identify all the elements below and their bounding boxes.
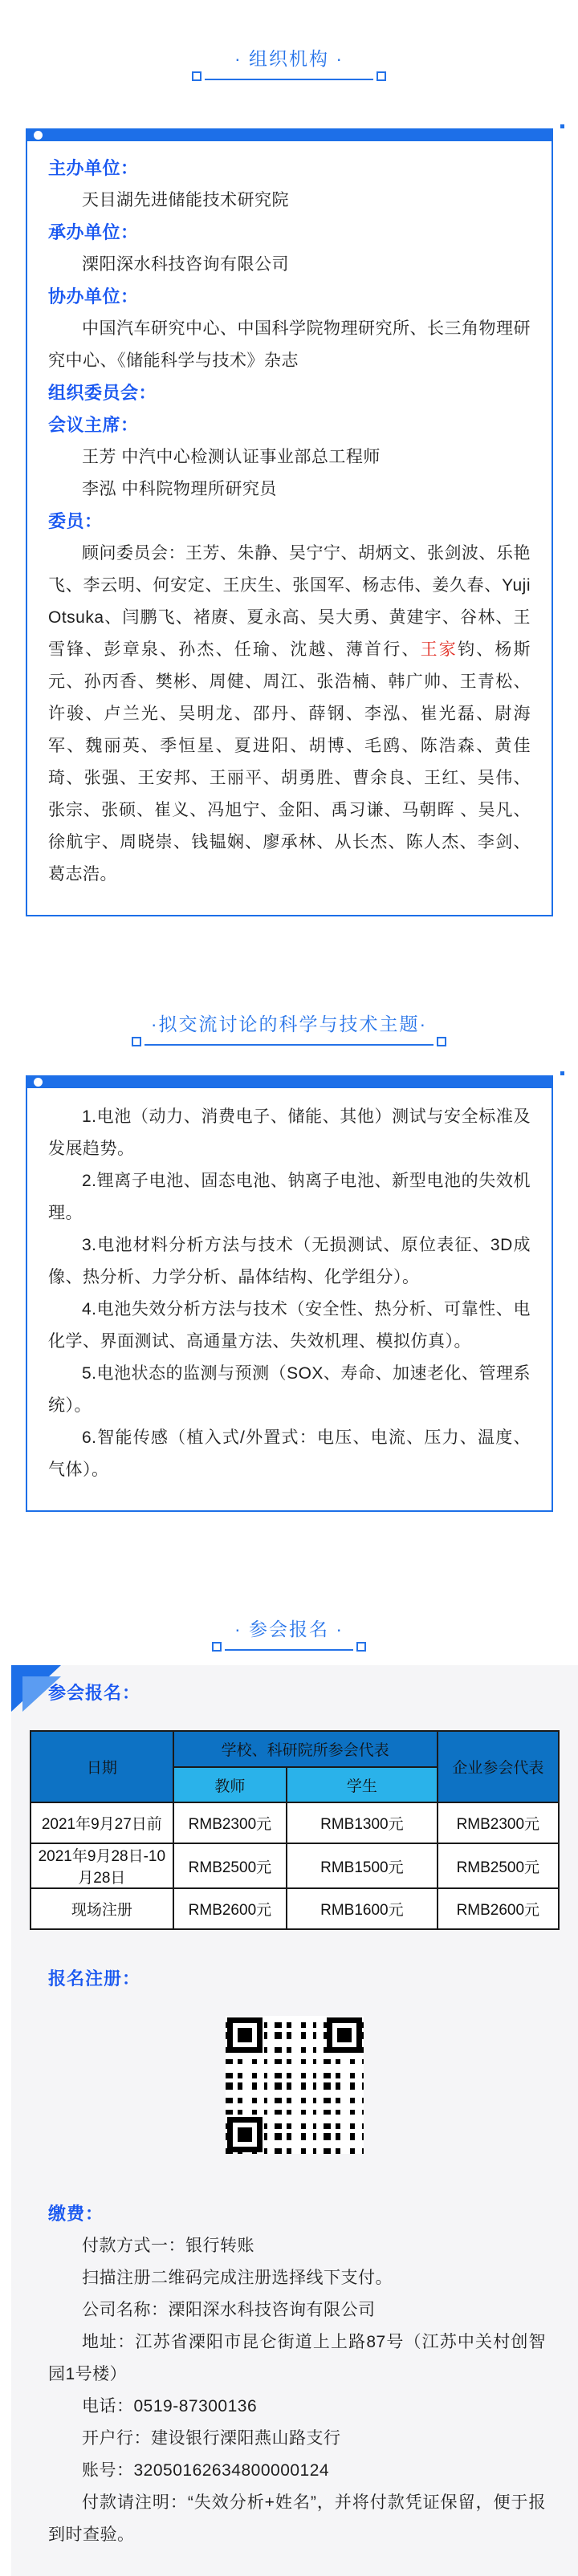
- chair-label: 会议主席：: [48, 409, 531, 441]
- payment-line: 扫描注册二维码完成注册选择线下支付。: [48, 2262, 546, 2294]
- col-header-student: 学生: [287, 1767, 438, 1802]
- table-row: 2021年9月28日-10月28日 RMB2500元 RMB1500元 RMB2…: [31, 1843, 559, 1888]
- card-top-bar: [26, 129, 552, 141]
- topic-item: 4.电池失效分析方法与技术（安全性、热分析、可靠性、电化学、界面测试、高通量方法…: [48, 1294, 531, 1358]
- payment-info-block: 付款方式一：银行转账 扫描注册二维码完成注册选择线下支付。 公司名称：溧阳深水科…: [11, 2230, 578, 2551]
- organization-card: 主办单位： 天目湖先进储能技术研究院 承办单位： 溧阳深水科技咨询有限公司 协办…: [26, 128, 553, 916]
- cell-teacher-price: RMB2500元: [173, 1843, 287, 1888]
- organization-card-body: 主办单位： 天目湖先进储能技术研究院 承办单位： 溧阳深水科技咨询有限公司 协办…: [27, 141, 552, 915]
- payment-line: 电话：0519-87300136: [48, 2391, 546, 2423]
- cell-date: 现场注册: [31, 1888, 173, 1929]
- article-page: · 组织机构 · 主办单位： 天目湖先进储能技术研究院 承办单位： 溧阳深水科技…: [0, 0, 578, 2576]
- members-label: 委员：: [48, 506, 531, 538]
- chair-line: 李泓 中科院物理所研究员: [48, 473, 531, 506]
- topic-item: 5.电池状态的监测与预测（SOX、寿命、加速老化、管理系统）。: [48, 1358, 531, 1422]
- topic-item: 2.锂离子电池、固态电池、钠离子电池、新型电池的失效机理。: [48, 1165, 531, 1229]
- section-header-registration: · 参会报名 ·: [0, 1615, 578, 1651]
- payment-label: 缴费：: [11, 2200, 578, 2225]
- host-value: 天目湖先进储能技术研究院: [48, 185, 531, 217]
- table-row: 2021年9月27日前 RMB2300元 RMB1300元 RMB2300元: [31, 1802, 559, 1843]
- host-label: 主办单位：: [48, 152, 531, 185]
- organizer-value: 溧阳深水科技咨询有限公司: [48, 249, 531, 281]
- section-title: · 参会报名 ·: [0, 1615, 578, 1641]
- qr-finder-pattern: [227, 2117, 263, 2152]
- co-organizer-value: 中国汽车研究中心、中国科学院物理研究所、长三角物理研究中心、《储能科学与技术》杂…: [48, 313, 531, 377]
- cell-enterprise-price: RMB2300元: [438, 1802, 559, 1843]
- committee-label: 组织委员会：: [48, 377, 531, 409]
- qr-finder-pattern: [327, 2017, 362, 2053]
- topic-item: 6.智能传感（植入式/外置式：电压、电流、压力、温度、气体）。: [48, 1422, 531, 1486]
- section-header-organization: · 组织机构 ·: [0, 44, 578, 80]
- register-label: 报名注册：: [11, 1965, 578, 1990]
- chair-line: 王芳 中汽中心检测认证事业部总工程师: [48, 441, 531, 473]
- topics-card: 1.电池（动力、消费电子、储能、其他）测试与安全标准及发展趋势。 2.锂离子电池…: [26, 1075, 553, 1512]
- co-organizer-label: 协办单位：: [48, 281, 531, 313]
- members-paragraph: 顾问委员会：王芳、朱静、吴宁宁、胡炳文、张剑波、乐艳飞、李云明、何安定、王庆生、…: [48, 538, 531, 891]
- qr-finder-pattern: [227, 2017, 263, 2053]
- table-row: 现场注册 RMB2600元 RMB1600元 RMB2600元: [31, 1888, 559, 1929]
- signup-label: 参会报名：: [11, 1665, 578, 1704]
- section-underline-ornament: [205, 79, 373, 80]
- corner-dot-decoration: [560, 1071, 564, 1075]
- cell-student-price: RMB1500元: [287, 1843, 438, 1888]
- cell-teacher-price: RMB2600元: [173, 1888, 287, 1929]
- cell-student-price: RMB1300元: [287, 1802, 438, 1843]
- registration-qr-code: [226, 2016, 364, 2154]
- topic-item: 1.电池（动力、消费电子、储能、其他）测试与安全标准及发展趋势。: [48, 1101, 531, 1165]
- payment-line: 付款方式一：银行转账: [48, 2230, 546, 2262]
- section-title: ·拟交流讨论的科学与技术主题·: [0, 1010, 578, 1036]
- topic-item: 3.电池材料分析方法与技术（无损测试、原位表征、3D成像、热分析、力学分析、晶体…: [48, 1229, 531, 1294]
- bar-circle-decoration: [34, 1078, 43, 1087]
- cell-student-price: RMB1600元: [287, 1888, 438, 1929]
- payment-line: 开户行：建设银行溧阳燕山路支行: [48, 2423, 546, 2455]
- bar-circle-decoration: [34, 131, 43, 140]
- cell-date: 2021年9月27日前: [31, 1802, 173, 1843]
- members-text: 钧、杨斯元、孙丙香、樊彬、周健、周江、张浩楠、韩广帅、王青松、许骏、卢兰光、吴明…: [48, 640, 531, 884]
- section-header-topics: ·拟交流讨论的科学与技术主题·: [0, 1010, 578, 1046]
- registration-card: 参会报名： 日期 学校、科研院所参会代表 企业参会代表 教师 学生 2021年9…: [11, 1665, 578, 2576]
- cell-date: 2021年9月28日-10月28日: [31, 1843, 173, 1888]
- col-header-date: 日期: [31, 1731, 173, 1802]
- cell-enterprise-price: RMB2600元: [438, 1888, 559, 1929]
- payment-line: 付款请注明：“失效分析+姓名”，并将付款凭证保留，便于报到时查验。: [48, 2487, 546, 2551]
- payment-line: 公司名称：溧阳深水科技咨询有限公司: [48, 2294, 546, 2326]
- cell-enterprise-price: RMB2500元: [438, 1843, 559, 1888]
- card-top-bar: [26, 1076, 552, 1088]
- payment-line: 账号：32050162634800000124: [48, 2455, 546, 2487]
- members-highlighted-name: 王家: [421, 640, 458, 659]
- col-header-academic: 学校、科研院所参会代表: [173, 1731, 438, 1767]
- corner-dot-decoration: [560, 124, 564, 128]
- section-title: · 组织机构 ·: [0, 44, 578, 71]
- col-header-teacher: 教师: [173, 1767, 287, 1802]
- col-header-enterprise: 企业参会代表: [438, 1731, 559, 1802]
- cell-teacher-price: RMB2300元: [173, 1802, 287, 1843]
- organizer-label: 承办单位：: [48, 217, 531, 249]
- topics-card-body: 1.电池（动力、消费电子、储能、其他）测试与安全标准及发展趋势。 2.锂离子电池…: [27, 1088, 552, 1510]
- pricing-table: 日期 学校、科研院所参会代表 企业参会代表 教师 学生 2021年9月27日前 …: [30, 1730, 560, 1930]
- section-underline-ornament: [225, 1649, 353, 1651]
- section-underline-ornament: [144, 1044, 433, 1046]
- payment-line: 地址：江苏省溧阳市昆仑街道上上路87号（江苏中关村创智园1号楼）: [48, 2326, 546, 2391]
